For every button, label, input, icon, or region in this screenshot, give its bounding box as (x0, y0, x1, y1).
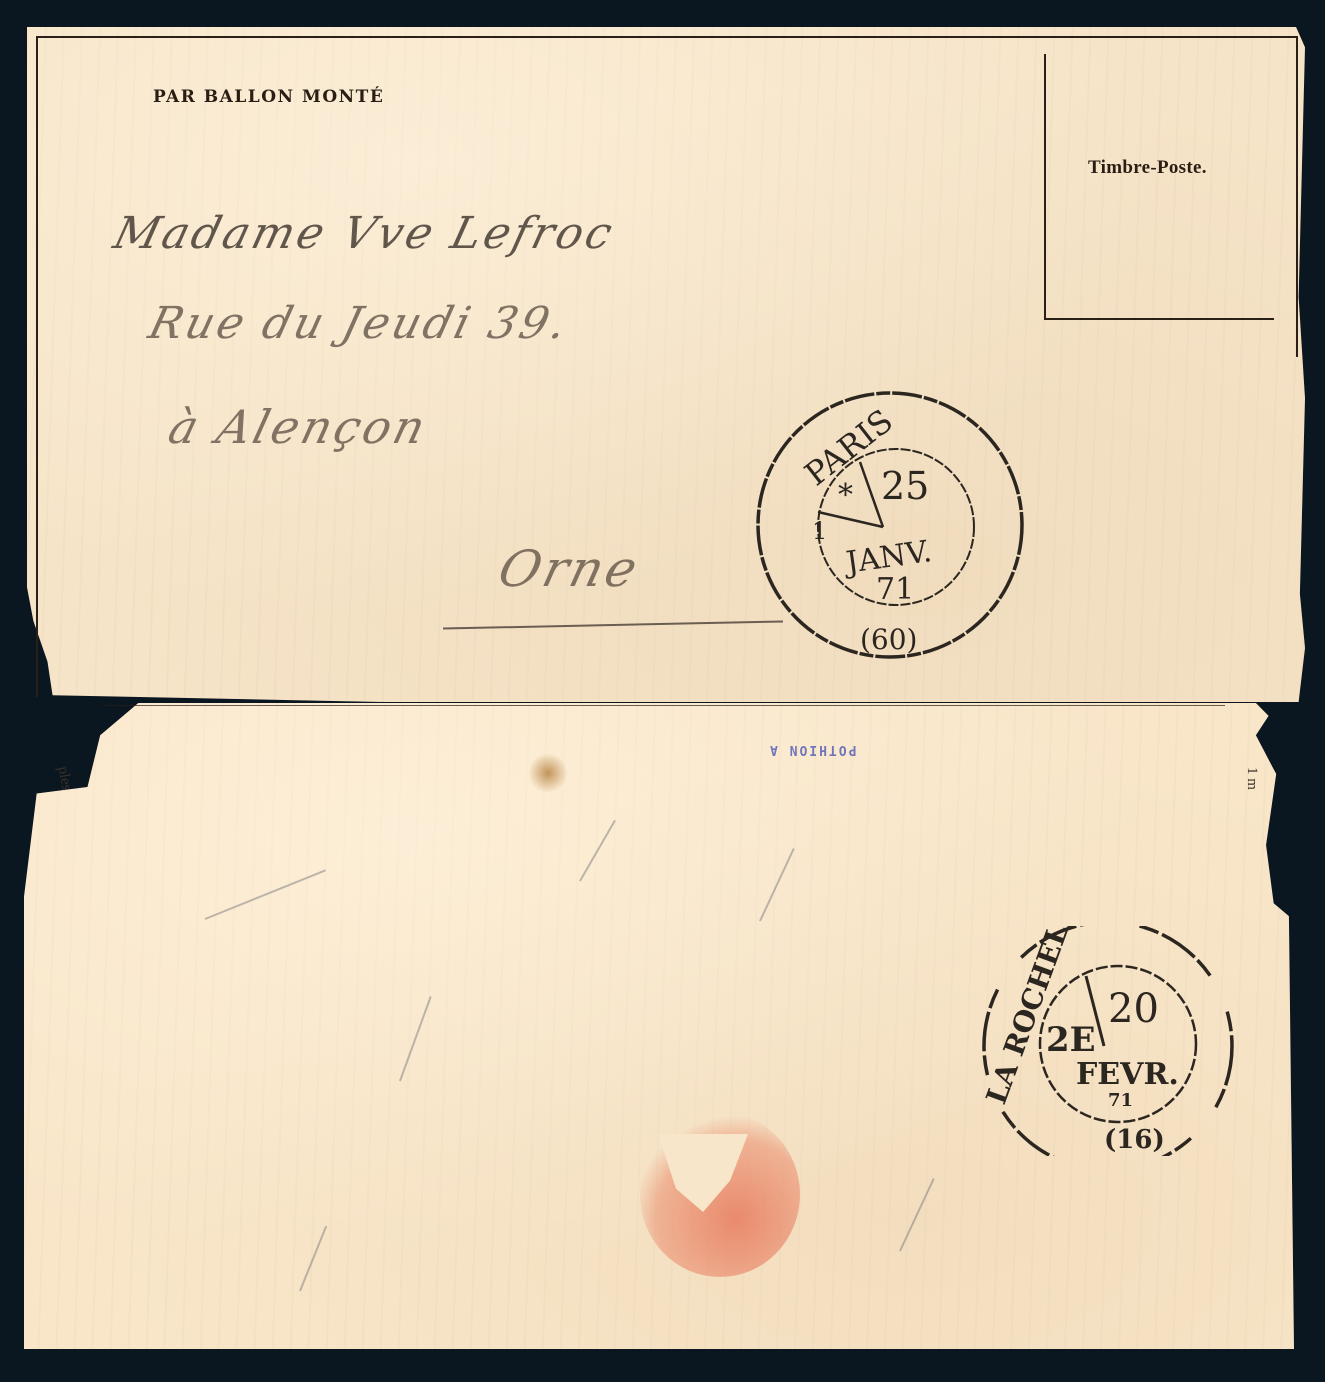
address-line-recipient: Madame Vve Lefroc (109, 208, 621, 259)
address-line-town: à Alençon (163, 400, 433, 454)
stamp-box-label: Timbre-Poste. (1088, 157, 1207, 179)
rochelle-town-text: LA ROCHELLE (980, 926, 1090, 1108)
rochelle-day-text: 20 (1108, 986, 1159, 1032)
stamp-box-left-rule (1044, 54, 1046, 320)
frame-right-rule (1296, 37, 1298, 357)
address-line-department: Orne (493, 540, 646, 598)
address-line-street: Rue du Jeudi 39. (144, 298, 575, 349)
paris-day-text: 25 (881, 464, 929, 508)
frame-left-rule (36, 37, 38, 697)
paris-office-text: (60) (860, 623, 917, 656)
letter-front-panel (27, 27, 1305, 702)
la-rochelle-postmark: LA ROCHELLE 2E 20 FEVR. 71 (16) (968, 926, 1243, 1156)
paris-side-text: 1 (812, 517, 827, 545)
paris-star-text: * (838, 478, 853, 513)
stamp-box-bottom-rule (1044, 318, 1274, 320)
rochelle-year-text: 71 (1108, 1090, 1133, 1111)
rochelle-dept-text: (16) (1104, 1125, 1165, 1155)
pothion-handstamp: POTHION A (768, 742, 856, 757)
fold-line (105, 705, 1225, 706)
wax-seal-remnant (640, 1112, 800, 1277)
rochelle-collection-text: 2E (1046, 1020, 1096, 1060)
rochelle-month-text: FEVR. (1076, 1057, 1179, 1092)
right-edge-print-fragment: 1 m (1243, 767, 1260, 790)
frame-top-rule (36, 36, 1298, 38)
foxing-stain (528, 753, 568, 793)
ballon-monte-imprint: PAR BALLON MONTÉ (153, 87, 384, 107)
left-edge-print-fragment: ples (54, 765, 75, 792)
paris-year-text: 71 (876, 572, 914, 607)
paris-postmark: PARIS * 25 JANV. 71 (60) 1 (748, 387, 1038, 667)
